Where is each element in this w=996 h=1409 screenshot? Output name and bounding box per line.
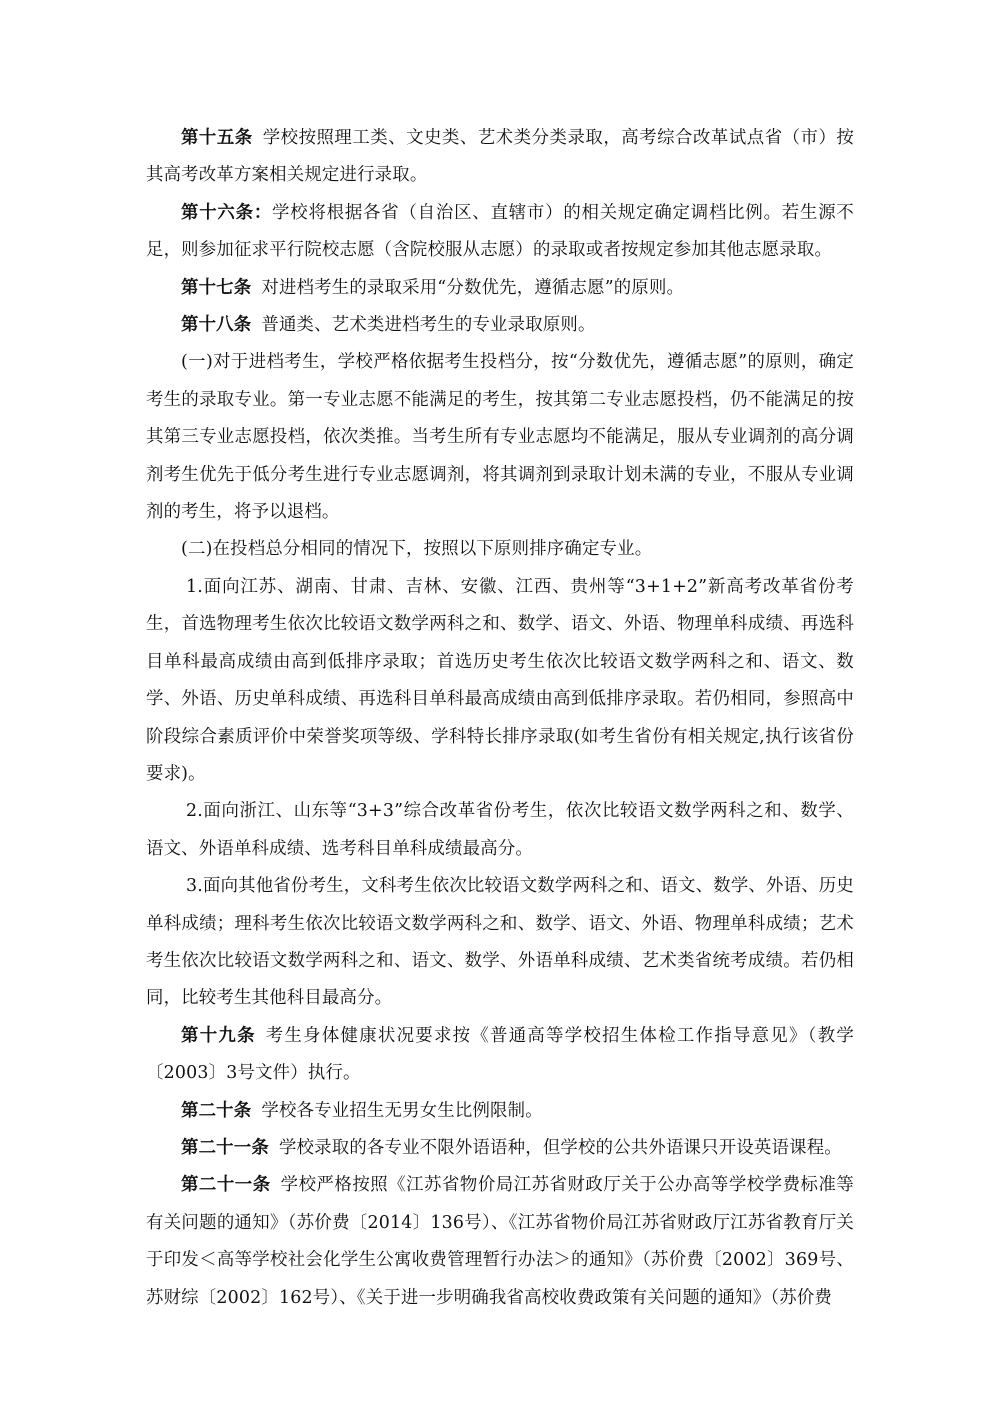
clause-body: (一)对于进档考生，学校严格依据考生投档分，按“分数优先，遵循志愿”的原则，确定…: [146, 352, 854, 522]
article-21b: 第二十一条学校严格按照《江苏省物价局江苏省财政厅关于公办高等学校学费标准等有关问…: [146, 1167, 854, 1317]
article-body: 普通类、艺术类进档考生的专业录取原则。: [261, 315, 595, 335]
article-heading: 第十八条: [181, 315, 251, 335]
rule-body: 2.面向浙江、山东等“3+3”综合改革省份考生，依次比较语文数学两科之和、数学、…: [146, 801, 854, 858]
article-heading: 第二十条: [181, 1101, 251, 1121]
article-body: 学校严格按照《江苏省物价局江苏省财政厅关于公办高等学校学费标准等有关问题的通知》…: [146, 1175, 854, 1307]
article-15: 第十五条学校按照理工类、文史类、艺术类分类录取，高考综合改革试点省（市）按其高考…: [146, 120, 854, 195]
clause-body: (二)在投档总分相同的情况下，按照以下原则排序确定专业。: [181, 539, 652, 559]
article-21a: 第二十一条学校录取的各专业不限外语语种，但学校的公共外语课只开设英语课程。: [146, 1130, 854, 1167]
article-18: 第十八条普通类、艺术类进档考生的专业录取原则。: [146, 307, 854, 344]
rule-body: 1.面向江苏、湖南、甘肃、吉林、安徽、江西、贵州等“3+1+2”新高考改革省份考…: [146, 577, 854, 784]
article-17: 第十七条对进档考生的录取采用“分数优先，遵循志愿”的原则。: [146, 270, 854, 307]
article-heading: 第十七条: [181, 278, 251, 298]
article-heading: 第二十一条: [181, 1175, 271, 1195]
article-body: 学校各专业招生无男女生比例限制。: [261, 1101, 542, 1121]
article-heading: 第十六条：: [181, 203, 272, 223]
article-heading: 第十五条: [181, 128, 253, 148]
document-page: 第十五条学校按照理工类、文史类、艺术类分类录取，高考综合改革试点省（市）按其高考…: [146, 120, 854, 1317]
article-body: 学校录取的各专业不限外语语种，但学校的公共外语课只开设英语课程。: [279, 1138, 842, 1158]
article-heading: 第十九条: [181, 1026, 256, 1046]
article-heading: 第二十一条: [181, 1138, 269, 1158]
article-19: 第十九条考生身体健康状况要求按《普通高等学校招生体检工作指导意见》（教学〔200…: [146, 1018, 854, 1093]
rule-item-2: 2.面向浙江、山东等“3+3”综合改革省份考生，依次比较语文数学两科之和、数学、…: [146, 793, 854, 868]
rule-body: 3.面向其他省份考生，文科考生依次比较语文数学两科之和、语文、数学、外语、历史单…: [146, 876, 854, 1008]
rule-item-3: 3.面向其他省份考生，文科考生依次比较语文数学两科之和、语文、数学、外语、历史单…: [146, 868, 854, 1018]
rule-item-1: 1.面向江苏、湖南、甘肃、吉林、安徽、江西、贵州等“3+1+2”新高考改革省份考…: [146, 569, 854, 793]
clause-1: (一)对于进档考生，学校严格依据考生投档分，按“分数优先，遵循志愿”的原则，确定…: [146, 344, 854, 531]
clause-2: (二)在投档总分相同的情况下，按照以下原则排序确定专业。: [146, 531, 854, 568]
article-20: 第二十条学校各专业招生无男女生比例限制。: [146, 1093, 854, 1130]
article-16: 第十六条：学校将根据各省（自治区、直辖市）的相关规定确定调档比例。若生源不足，则…: [146, 195, 854, 270]
article-body: 对进档考生的录取采用“分数优先，遵循志愿”的原则。: [261, 278, 684, 298]
